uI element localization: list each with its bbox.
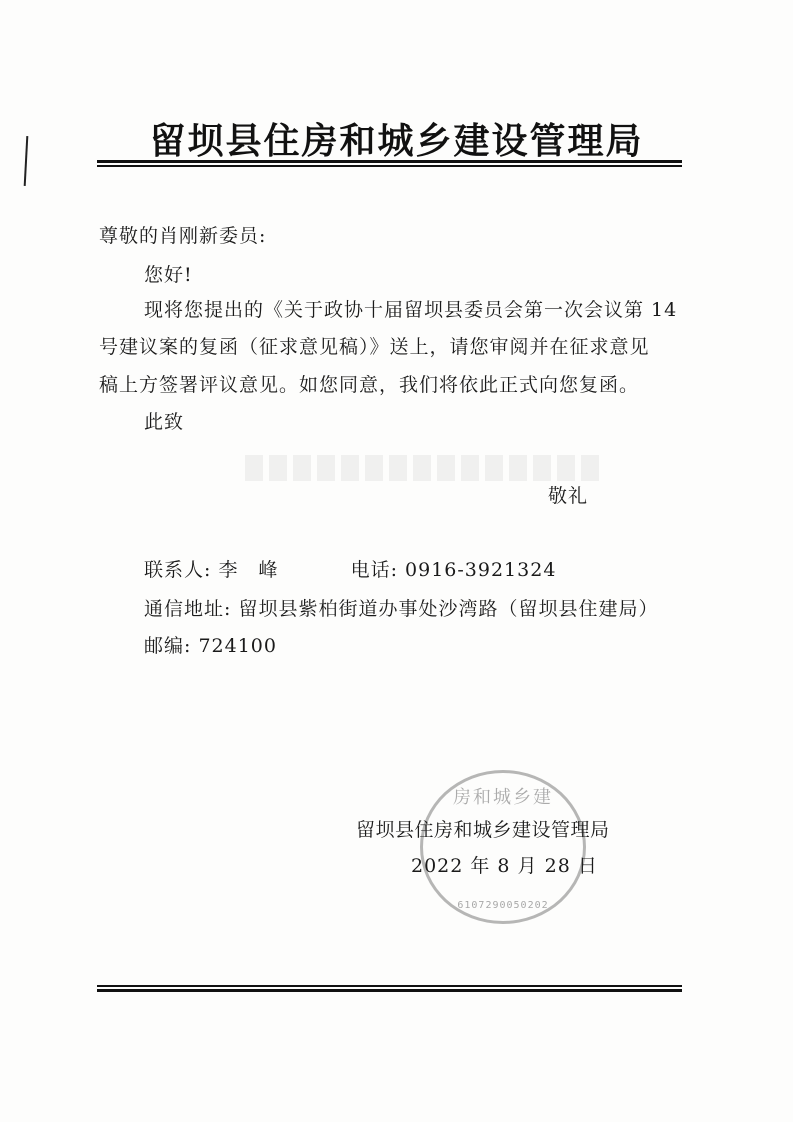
official-seal: 房和城乡建 6107290050202 xyxy=(420,770,586,924)
body-line-3: 稿上方签署评议意见。如您同意，我们将依此正式向您复函。 xyxy=(99,373,639,397)
divider-thin-line xyxy=(97,985,682,987)
contact-person-name: 李 峰 xyxy=(218,559,278,581)
body-line-1: 现将您提出的《关于政协十届留坝县委员会第一次会议第 14 xyxy=(144,298,677,322)
address-value: 留坝县紫柏街道办事处沙湾路（留坝县住建局） xyxy=(238,598,658,620)
divider-thick-line xyxy=(97,160,682,163)
phone-label: 电话: xyxy=(351,559,398,581)
signature-organization: 留坝县住房和城乡建设管理局 xyxy=(356,818,610,842)
contact-person-label: 联系人: xyxy=(144,559,211,581)
closing-2: 敬礼 xyxy=(548,484,588,508)
signature-date: 2022 年 8 月 28 日 xyxy=(411,854,598,878)
postcode-value: 724100 xyxy=(198,635,277,657)
greeting: 您好! xyxy=(144,263,193,287)
divider-thin-line xyxy=(97,165,682,167)
bleed-through-text xyxy=(245,455,605,481)
letterhead-title: 留坝县住房和城乡建设管理局 xyxy=(0,113,793,164)
salutation: 尊敬的肖刚新委员: xyxy=(99,224,266,248)
seal-text: 房和城乡建 xyxy=(423,783,583,809)
footer-divider xyxy=(97,985,682,992)
letterhead-divider xyxy=(97,160,682,167)
postcode-label: 邮编: xyxy=(144,635,191,657)
postcode-line: 邮编: 724100 xyxy=(144,634,277,658)
seal-code: 6107290050202 xyxy=(423,900,583,911)
closing-1: 此致 xyxy=(144,410,184,434)
phone-number: 0916-3921324 xyxy=(405,559,556,581)
contact-line: 联系人: 李 峰 电话: 0916-3921324 xyxy=(144,558,556,582)
address-line: 通信地址: 留坝县紫柏街道办事处沙湾路（留坝县住建局） xyxy=(144,597,658,621)
divider-thick-line xyxy=(97,989,682,992)
body-line-2: 号建议案的复函（征求意见稿）》送上，请您审阅并在征求意见 xyxy=(99,335,650,359)
address-label: 通信地址: xyxy=(144,598,231,620)
